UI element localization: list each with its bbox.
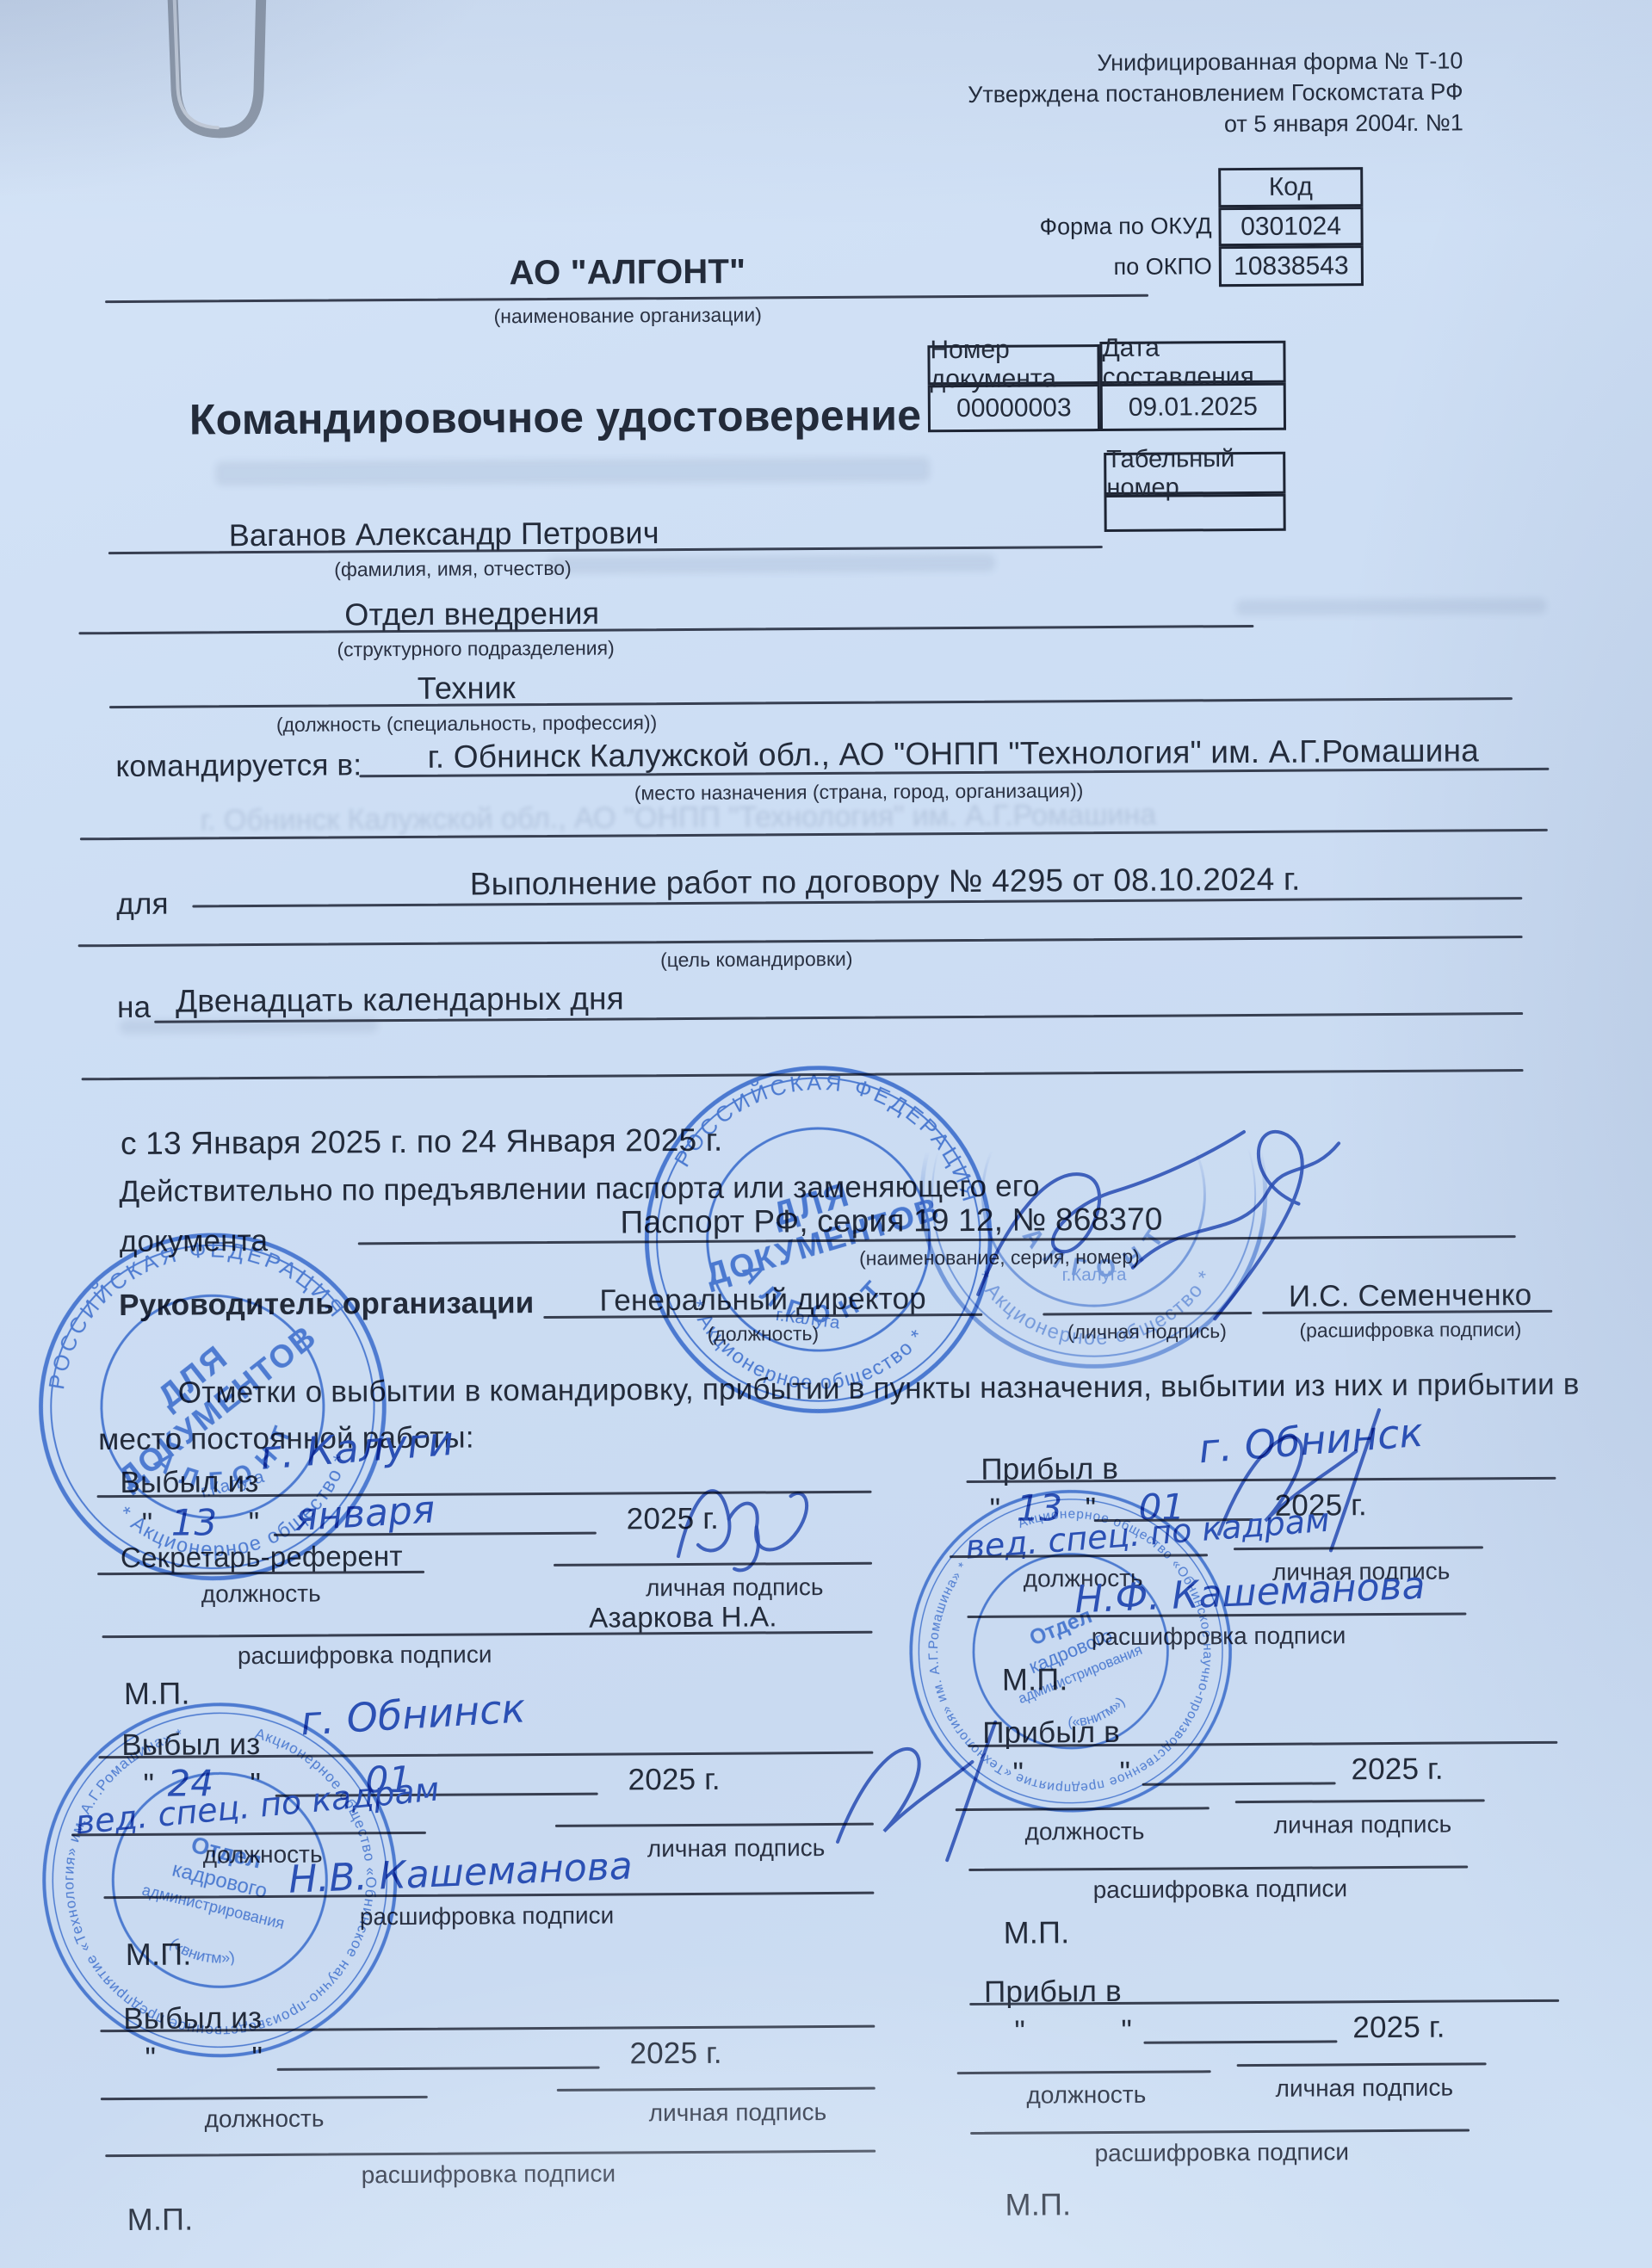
duration-prefix: на (117, 991, 151, 1025)
org-underline (105, 294, 1148, 303)
transcript-label: расшифровка подписи (238, 1641, 492, 1670)
position-underline (109, 697, 1513, 708)
bleed-through-streak (548, 554, 995, 574)
month-underline (1143, 2040, 1337, 2043)
year-printed: 2025 г. (629, 2036, 721, 2072)
sent-to-label: командируется в: (115, 748, 362, 784)
stamp-inner-note: («внитм») (1062, 1692, 1130, 1737)
page-title: Командировочное удостоверение (189, 391, 922, 445)
employee-position: Техник (418, 670, 516, 706)
position-label: (должность (специальность, профессия)) (276, 711, 658, 737)
year-printed: 2025 г. (1352, 2011, 1445, 2046)
transcript-printed: Азаркова Н.А. (589, 1600, 777, 1634)
org-name: АО "АЛГОНТ" (509, 252, 746, 294)
transcript-label: расшифровка подписи (362, 2160, 616, 2190)
arrival-signature (1203, 1400, 1410, 1564)
bleed-through-streak (1236, 598, 1546, 615)
date-close-quote: " (1121, 2014, 1132, 2049)
trip-period: с 13 Января 2025 г. по 24 Января 2025 г. (121, 1122, 723, 1163)
svg-text:(«внитм»): («внитм») (164, 1932, 239, 1972)
transcript-underline (968, 1865, 1468, 1871)
employee-name-label: (фамилия, имя, отчество) (334, 557, 572, 582)
doc-date-header-cell: Дата составления (1099, 341, 1285, 384)
org-label: (наименование организации) (493, 303, 761, 328)
department-label: (структурного подразделения) (337, 636, 614, 661)
transcript-label: расшифровка подписи (1093, 1875, 1348, 1904)
okud-label: Форма по ОКУД (1039, 213, 1211, 240)
year-printed: 2025 г. (1351, 1752, 1443, 1788)
department-underline (78, 625, 1253, 634)
stamp-city: г.Калуга (1062, 1265, 1127, 1285)
purpose-value: Выполнение работ по договору № 4295 от 0… (470, 862, 1301, 903)
position-label-mark: должность (204, 2105, 324, 2134)
date-open-quote: " (1014, 2015, 1025, 2049)
svg-text:« А Л Г О Н Т »: « А Л Г О Н Т » (907, 1009, 1176, 1285)
signature-underline-mark (1237, 2062, 1487, 2067)
doc-date-value-cell: 09.01.2025 (1100, 383, 1286, 431)
svg-text:(«внитм»): («внитм») (1062, 1692, 1130, 1737)
transcript-underline (105, 2150, 875, 2157)
form-meta-line1: Унифицированная форма № Т-10 (1097, 47, 1463, 77)
signature-label-mark: личная подпись (647, 1834, 826, 1863)
signature-label-mark: личная подпись (1275, 2074, 1453, 2103)
signature-underline-mark (557, 2087, 875, 2092)
doc-number-header-cell: Номер документа (927, 344, 1099, 385)
personnel-number-header-cell: Табельный номер (1104, 452, 1285, 495)
personnel-number-value-cell (1104, 494, 1285, 532)
paper-sheet: г. Обнинск Калужской обл., АО "ОНПП "Тех… (0, 0, 1652, 2268)
mp-label: М.П. (1005, 2186, 1071, 2222)
transcript-underline (102, 1631, 873, 1638)
signature-underline-mark (1235, 1799, 1485, 1803)
mp-label: М.П. (127, 2202, 194, 2238)
purpose-prefix: для (116, 887, 169, 923)
doc-number-value-cell: 00000003 (928, 384, 1100, 432)
okpo-label: по ОКПО (1113, 253, 1211, 281)
purpose-underline2 (78, 936, 1523, 947)
okpo-value-cell: 10838543 (1219, 245, 1364, 287)
transcript-label: расшифровка подписи (1094, 2138, 1349, 2167)
employee-department: Отдел внедрения (344, 596, 599, 633)
code-header-cell: Код (1218, 167, 1363, 207)
position-label-mark: должность (1026, 2081, 1146, 2110)
employee-name: Ваганов Александр Петрович (229, 515, 659, 553)
okud-value-cell: 0301024 (1218, 207, 1363, 246)
bleed-through-streak (215, 457, 930, 485)
stamp-inner-note: («внитм») (164, 1932, 239, 1972)
transcript-underline (970, 2129, 1469, 2135)
mp-label: М.П. (1004, 1914, 1070, 1950)
signature-label-mark: личная подпись (1274, 1811, 1452, 1839)
signature-label-mark: личная подпись (649, 2098, 827, 2127)
position-underline-mark (957, 2070, 1211, 2074)
position-underline-mark (101, 2096, 428, 2100)
duration-value: Двенадцать календарных дня (176, 980, 624, 1020)
secretary-signature (656, 1456, 881, 1587)
form-meta-line2: Утверждена постановлением Госкомстата РФ (968, 78, 1463, 108)
destination-label: (место назначения (страна, город, органи… (634, 779, 1084, 805)
algont-round-stamp-partial: * Акционерное общество * « А Л Г О Н Т »… (907, 1009, 1280, 1381)
paper-clip-icon (139, 0, 330, 176)
scanned-document-photo: г. Обнинск Калужской обл., АО "ОНПП "Тех… (0, 0, 1652, 2268)
form-meta-line3: от 5 января 2004г. №1 (1224, 109, 1463, 138)
year-printed: 2025 г. (628, 1763, 720, 1798)
purpose-label: (цель командировки) (660, 948, 853, 972)
stamp-org-name-arc: « А Л Г О Н Т » (907, 1009, 1176, 1285)
